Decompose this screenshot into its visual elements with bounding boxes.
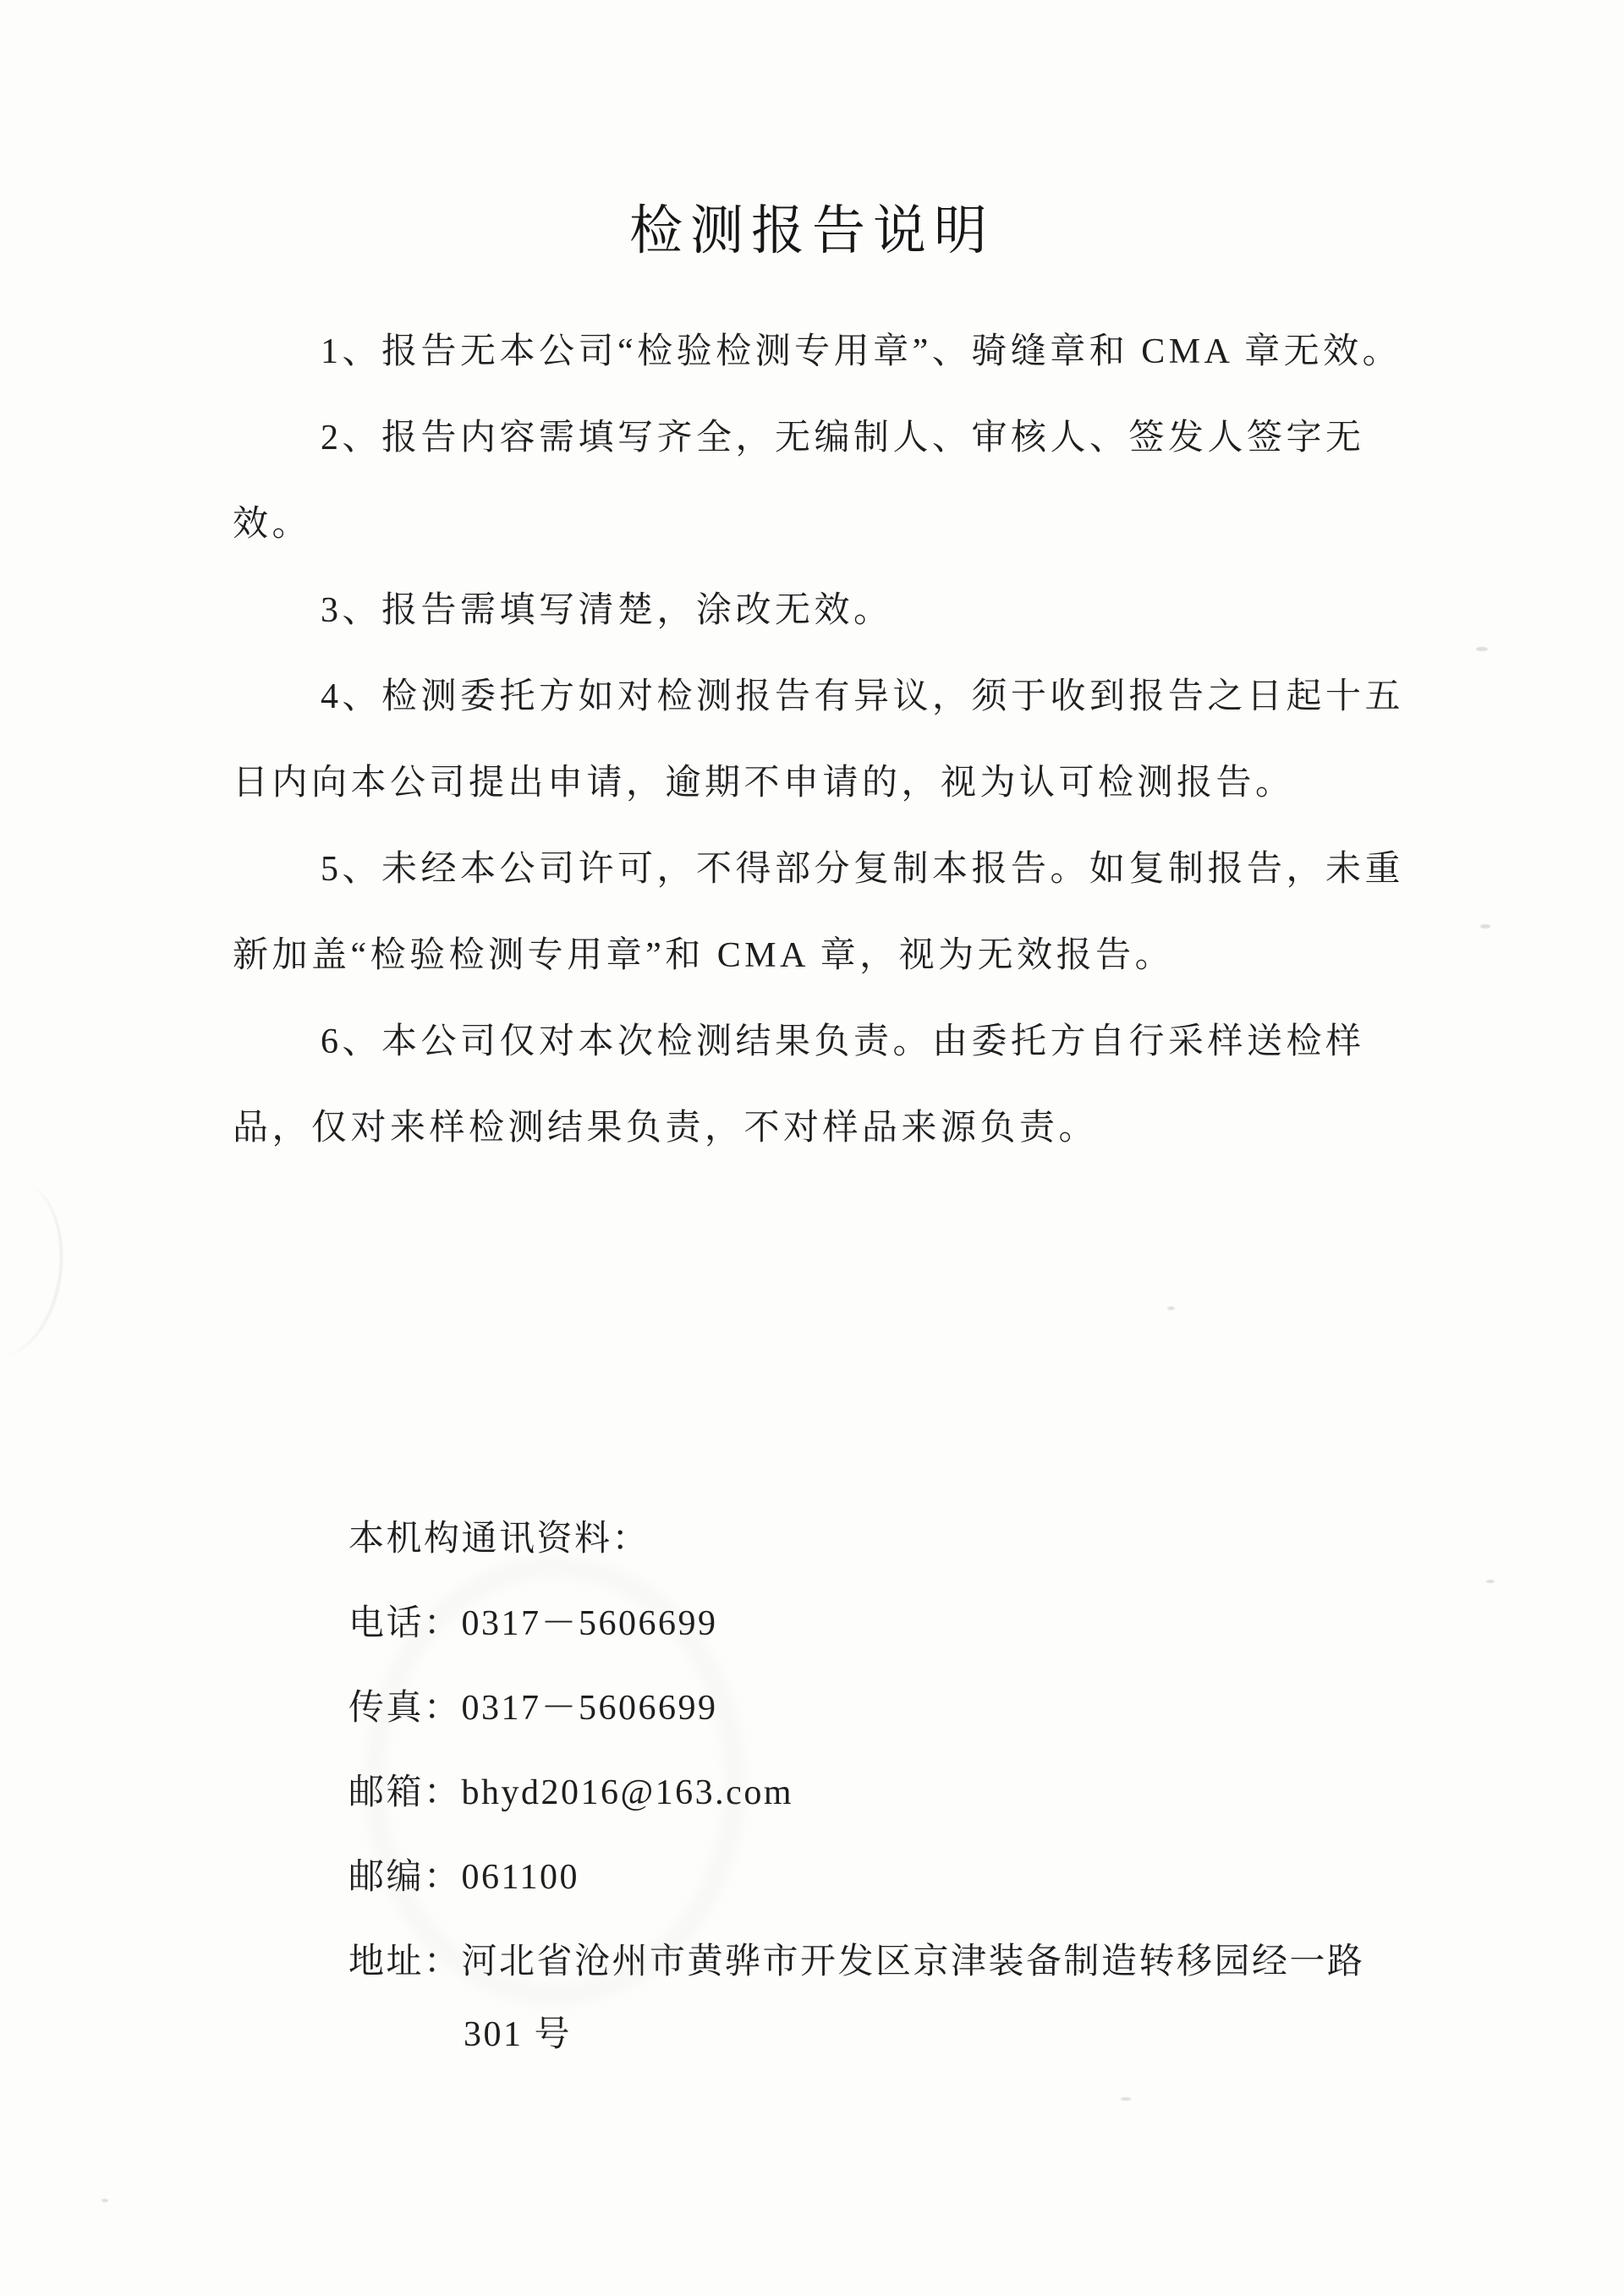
scan-speck xyxy=(101,2199,108,2202)
body-line-9: 6、本公司仅对本次检测结果负责。由委托方自行采样送检样 xyxy=(321,1013,1365,1064)
contact-address-line2: 301 号 xyxy=(464,2006,572,2057)
body-line-3: 效。 xyxy=(233,496,311,546)
body-line-10: 品，仅对来样检测结果负责，不对样品来源负责。 xyxy=(233,1099,1098,1150)
body-line-2: 2、报告内容需填写齐全，无编制人、审核人、签发人签字无 xyxy=(321,409,1365,460)
body-line-8: 新加盖“检验检测专用章”和 CMA 章，视为无效报告。 xyxy=(233,927,1174,978)
body-line-7: 5、未经本公司许可，不得部分复制本报告。如复制报告，未重 xyxy=(321,841,1404,891)
body-line-4: 3、报告需填写清楚，涂改无效。 xyxy=(321,582,893,633)
stamp-bleed-artifact xyxy=(364,1556,746,2006)
page-title: 检测报告说明 xyxy=(0,188,1624,265)
scan-speck xyxy=(1486,1580,1495,1583)
scan-speck xyxy=(1167,1307,1175,1310)
contact-header: 本机构通讯资料： xyxy=(348,1510,650,1561)
body-line-6: 日内向本公司提出申请，逾期不申请的，视为认可检测报告。 xyxy=(233,754,1295,805)
scan-edge-artifact xyxy=(0,1173,74,1364)
body-line-5: 4、检测委托方如对检测报告有异议，须于收到报告之日起十五 xyxy=(321,668,1404,719)
scan-speck xyxy=(1480,924,1490,929)
scanned-report-page: 检测报告说明 1、报告无本公司“检验检测专用章”、骑缝章和 CMA 章无效。 2… xyxy=(0,0,1624,2296)
scan-speck xyxy=(1121,2097,1131,2101)
scan-speck xyxy=(1476,647,1488,651)
body-line-1: 1、报告无本公司“检验检测专用章”、骑缝章和 CMA 章无效。 xyxy=(321,323,1402,374)
